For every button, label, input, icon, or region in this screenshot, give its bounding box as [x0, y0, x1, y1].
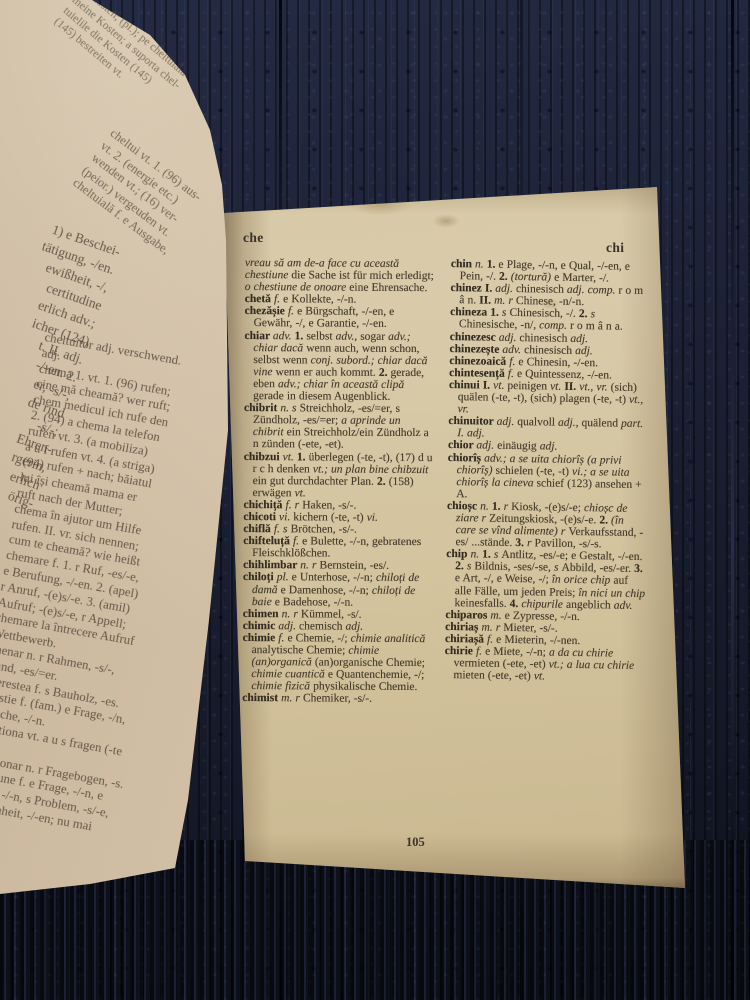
running-head-right: chi	[606, 240, 624, 256]
stain	[432, 214, 460, 228]
dictionary-entry: chineza 1. s Chinesisch, -/. 2. s Chines…	[450, 306, 650, 333]
dictionary-entry: chiorîș adv.; a se uita chiorîș (a privi…	[447, 451, 648, 503]
dictionary-entry: chimist m. r Chemiker, -s/-.	[242, 692, 432, 705]
dictionary-entry: chin n. 1. e Plage, -/-n, e Qual, -/-en,…	[451, 258, 651, 285]
left-column: vreau să am de-a face cu această chestiu…	[242, 257, 435, 810]
dictionary-entry: chinez I. adj. chinesisch adj. comp. r o…	[450, 282, 650, 309]
dictionary-entry: chinuitor adj. qualvoll adj., quälend pa…	[448, 415, 648, 442]
running-head-left: che	[243, 230, 264, 246]
right-column: chin n. 1. e Plage, -/-n, e Qual, -/-en,…	[442, 258, 651, 849]
dictionary-entry: chimie f. e Chemie, -/; chimie analitică…	[242, 632, 432, 694]
dictionary-entry: chinui I. vt. peinigen vt. II. vt., vr. …	[449, 379, 650, 418]
dictionary-entry: chiloți pl. e Unterhose, -/-n; chiloți d…	[243, 571, 433, 608]
dictionary-entry: chibrit n. s Streichholz, -es/=er, s Zün…	[244, 402, 434, 452]
dictionary-entry: chimic adj. chemisch adj.	[243, 620, 433, 633]
dictionary-entry: chirie f. e Miete, -/-n; a da cu chirie …	[444, 645, 645, 684]
dictionary-entry: chibzui vt. 1. überlegen (-te, -t), (17)…	[244, 450, 434, 500]
dictionary-entry: chezășie f. e Bürgschaft, -/-en, e Gewäh…	[245, 305, 435, 330]
dictionary-entry: chiar adv. 1. selbst adv., sogar adv.; c…	[244, 330, 434, 404]
dictionary-entry: chip n. 1. s Antlitz, -es/-e; e Gestalt,…	[445, 548, 646, 612]
dictionary-entry: chioșc n. 1. r Kiosk, -(e)s/-e; chioșc d…	[446, 500, 647, 552]
dictionary-entry: chimen n. r Kümmel, -s/.	[243, 608, 433, 621]
dictionary-entry: chichiță f. r Haken, -s/-.	[243, 499, 433, 512]
dictionary-entry: vreau să am de-a face cu această chestiu…	[245, 257, 435, 294]
dictionary-entry: chifteluță f. e Bulette, -/-n, gebratene…	[243, 535, 433, 560]
